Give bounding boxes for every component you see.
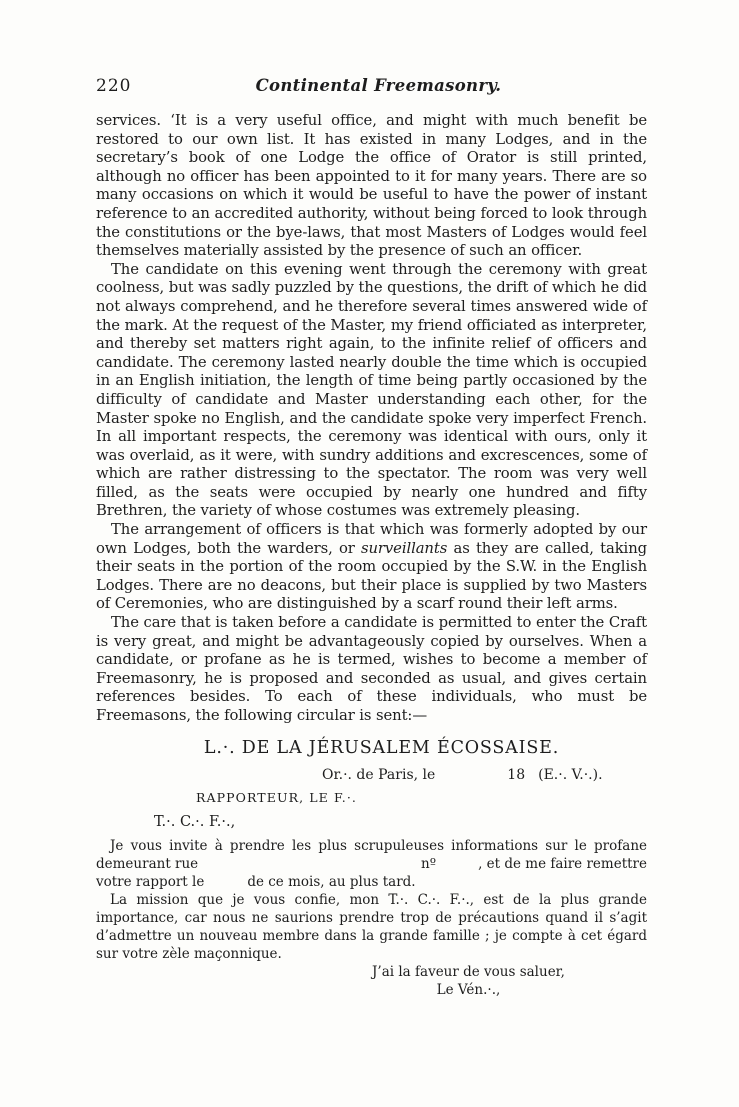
closing-signature: Le Vén.·., <box>372 981 565 999</box>
italic-term: surveillants <box>361 540 447 557</box>
paragraph-services: services. ‘It is a very useful office, a… <box>96 112 647 261</box>
dateline-era: (E.·. V.·.). <box>538 767 602 783</box>
paragraph-candidate: The candidate on this evening went throu… <box>96 261 647 521</box>
running-title: Continental Freemasonry. <box>158 76 647 95</box>
closing-salute: J’ai la faveur de vous saluer, <box>372 963 565 981</box>
circular-body: Je vous invite à prendre les plus scrupu… <box>96 837 647 999</box>
salutation: T.·. C.·. F.·., <box>154 814 647 830</box>
circular-text: , et de me faire remettre <box>478 855 647 873</box>
lodge-heading: L.·. DE LA JÉRUSALEM ÉCOSSAISE. <box>116 738 647 758</box>
paragraph-care: The care that is taken before a candidat… <box>96 614 647 726</box>
circular-text: demeurant rue <box>96 855 198 873</box>
circular-paragraph-mission: La mission que je vous confie, mon T.·. … <box>96 891 647 963</box>
circular-line: votre rapport lede ce mois, au plus tard… <box>96 873 647 891</box>
circular-letter: L.·. DE LA JÉRUSALEM ÉCOSSAISE. Or.·. de… <box>96 738 647 999</box>
dateline-place: Or.·. de Paris, le <box>322 767 435 783</box>
number-label: nº <box>421 855 436 873</box>
rapporteur-line: RAPPORTEUR, LE F.·. <box>196 790 647 805</box>
article-body: services. ‘It is a very useful office, a… <box>96 112 647 726</box>
circular-line: demeurant rue nº , et de me faire remett… <box>96 855 647 873</box>
page-header: 220 Continental Freemasonry. <box>96 76 647 96</box>
book-page: 220 Continental Freemasonry. services. ‘… <box>0 0 739 1107</box>
closing-block: J’ai la faveur de vous saluer, Le Vén.·.… <box>372 963 565 999</box>
circular-line: Je vous invite à prendre les plus scrupu… <box>96 837 647 855</box>
page-content: 220 Continental Freemasonry. services. ‘… <box>0 0 739 999</box>
dateline: Or.·. de Paris, le 18 (E.·. V.·.). <box>322 767 647 783</box>
dateline-year: 18 <box>507 767 525 783</box>
circular-text: votre rapport le <box>96 874 204 890</box>
paragraph-arrangement: The arrangement of officers is that whic… <box>96 521 647 614</box>
circular-text: de ce mois, au plus tard. <box>247 874 415 890</box>
page-number: 220 <box>96 76 158 96</box>
